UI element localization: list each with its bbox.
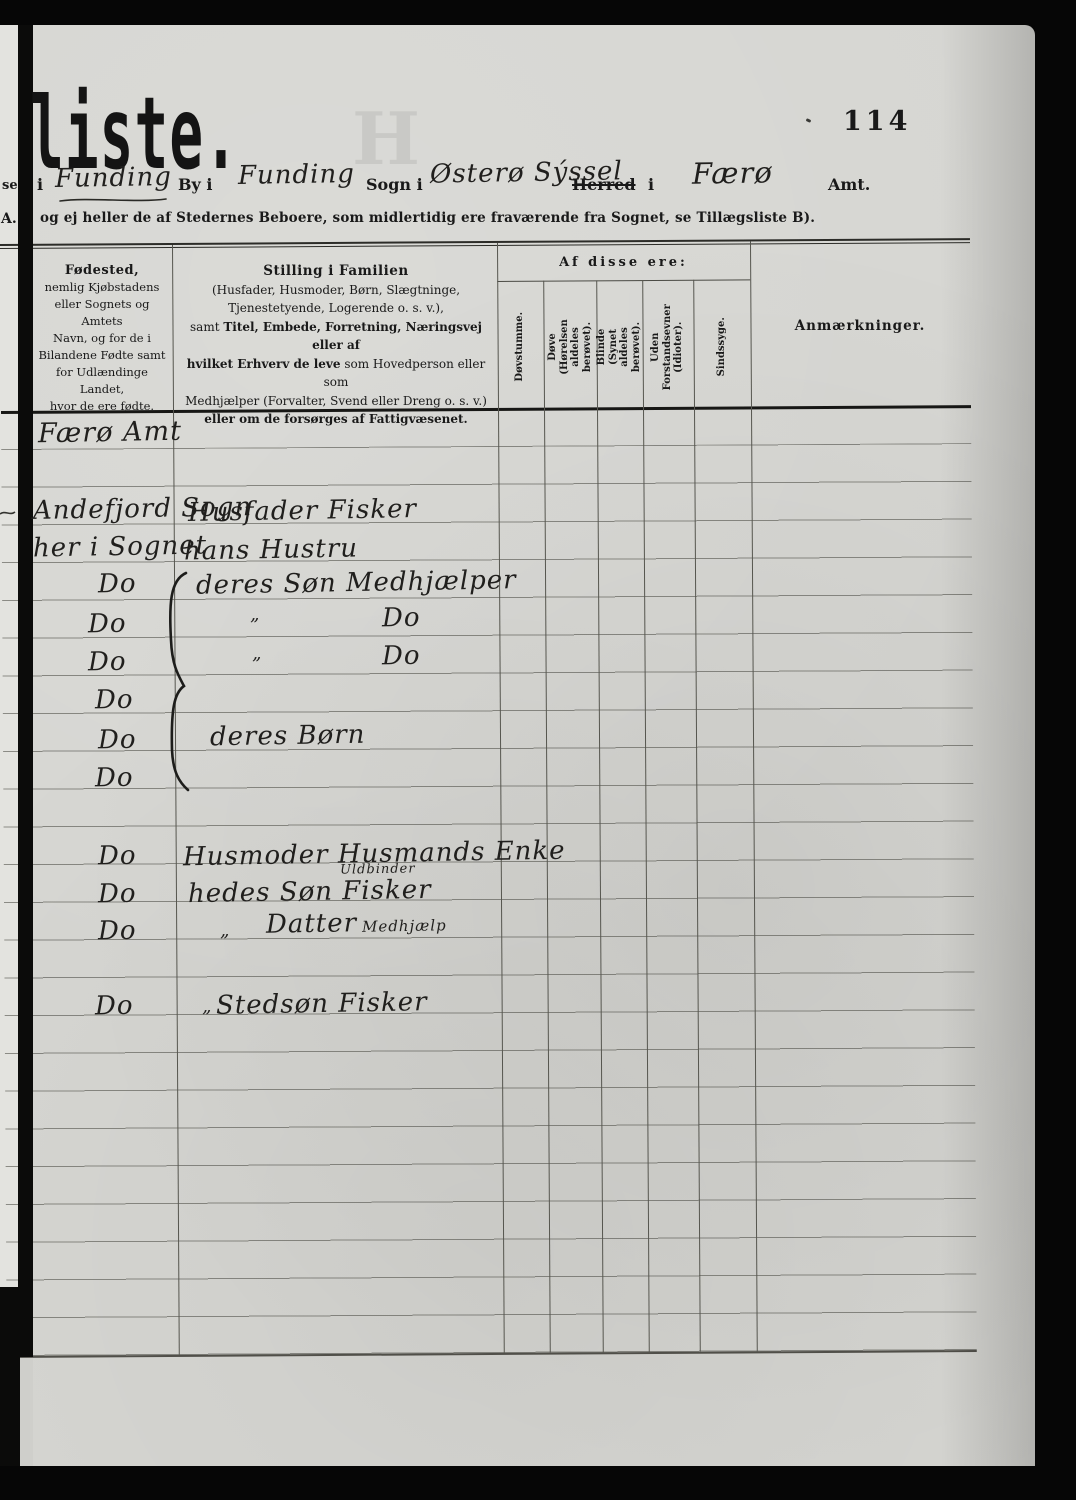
handwritten-position: Do	[382, 641, 421, 672]
handwritten-position: Do	[382, 603, 421, 634]
label-by-i: By i	[178, 175, 212, 194]
handwritten-position: hedes Søn Fisker	[188, 875, 432, 909]
handwritten-amt-heading: Færø Amt	[38, 416, 183, 450]
ditto-mark: „	[252, 643, 263, 664]
header-col-sindssyge-label: Sindssyge.	[716, 317, 728, 376]
header-family-l3b: Titel, Embede, Forretning, Næringsvej el…	[223, 320, 482, 353]
header-family-line: (Husfader, Husmoder, Børn, Slægtninge,	[180, 281, 492, 300]
header-col-dovstumme: Døvstumme.	[497, 286, 543, 408]
handwritten-position: deres Søn Medhjælper	[196, 565, 517, 601]
handwritten-birthplace: her i Sognet	[33, 530, 208, 563]
header-col-idioter: Uden Forstandsevner (Idioter).	[642, 286, 693, 408]
label-amt: Amt.	[828, 175, 870, 194]
handwritten-note: Medhjælp	[362, 916, 447, 935]
handwritten-birthplace: Do	[98, 725, 137, 756]
header-birthplace-line: for Udlændinge Landet,	[34, 364, 170, 398]
handwritten-position: hans Hustru	[184, 533, 358, 566]
header-family: Stilling i Familien (Husfader, Husmoder,…	[180, 262, 492, 429]
header-col-dovstumme-label: Døvstumme.	[514, 312, 526, 382]
header-family-line: Tjenestetyende, Logerende o. s. v.),	[180, 299, 492, 318]
header-birthplace-title: Fødested,	[34, 262, 170, 279]
header-remarks: Anmærkninger.	[750, 318, 970, 334]
handwritten-brace	[152, 560, 200, 800]
page-number: 114	[843, 106, 911, 137]
label-sogn-i: Sogn i	[366, 175, 423, 194]
handwritten-birthplace: Do	[88, 647, 127, 678]
header-col-dove-label: Døve (Hørelsen aldeles berøvet).	[547, 319, 593, 375]
header-col-blinde: Blinde (Synet aldeles berøvet).	[596, 286, 642, 408]
header-birthplace-line: nemlig Kjøbstadens	[34, 279, 170, 296]
margin-fragment-a: A.	[1, 211, 17, 227]
label-herred-struck: Herred	[572, 175, 636, 194]
scan-shadow-bottom-left	[0, 1287, 20, 1466]
handwritten-birthplace: Do	[98, 569, 137, 600]
header-family-l4b: som Hovedperson eller som	[324, 357, 486, 390]
margin-fragment-se: se	[2, 178, 18, 193]
header-birthplace-line: hvor de ere fødte.	[34, 398, 170, 415]
ditto-mark: „	[220, 920, 231, 941]
handwritten-birthplace: Do	[98, 841, 137, 872]
handwritten-birthplace: Do	[95, 763, 134, 794]
header-family-line: samt Titel, Embede, Forretning, Næringsv…	[180, 318, 492, 355]
handwritten-position: deres Børn	[210, 720, 366, 753]
handwritten-birthplace: Do	[98, 916, 137, 947]
header-col-sindssyge: Sindssyge.	[693, 286, 750, 408]
header-birthplace-line: Navn, og for de i	[34, 330, 170, 347]
label-i-1: i	[37, 175, 43, 194]
header-family-title: Stilling i Familien	[180, 262, 492, 281]
handwritten-position: Husfader Fisker	[188, 494, 417, 528]
handwritten-place-sogn: Funding	[238, 159, 355, 191]
handwritten-place-by: Funding	[55, 162, 172, 194]
handwritten-birthplace: Do	[88, 609, 127, 640]
header-family-line: hvilket Erhverv de leve som Hovedperson …	[180, 355, 492, 392]
note-tillaegsliste: og ej heller de af Stedernes Beboere, so…	[40, 210, 815, 226]
handwritten-birthplace: Do	[95, 685, 134, 716]
header-col-idioter-label: Uden Forstandsevner (Idioter).	[650, 304, 685, 390]
header-col-blinde-label: Blinde (Synet aldeles berøvet).	[596, 322, 642, 372]
header-family-l3a: samt	[190, 320, 223, 334]
underline-flourish	[58, 196, 168, 204]
ditto-mark: „	[202, 996, 213, 1017]
header-col-dove: Døve (Hørelsen aldeles berøvet).	[543, 286, 596, 408]
handwritten-birthplace: Do	[95, 991, 134, 1022]
header-family-l4a: hvilket Erhverv de leve	[187, 357, 341, 371]
ink-bleed-ghost: H	[352, 96, 420, 181]
handwritten-position: Stedsøn Fisker	[216, 987, 428, 1021]
ditto-mark: „	[250, 604, 261, 625]
handwritten-position: Datter	[266, 908, 358, 940]
book-binding-bar	[18, 25, 33, 1357]
margin-squiggle	[0, 508, 16, 518]
handwritten-amt: Færø	[692, 155, 773, 190]
header-birthplace: Fødested, nemlig Kjøbstadens eller Sogne…	[34, 262, 170, 415]
header-birthplace-line: eller Sognets og Amtets	[34, 296, 170, 330]
handwritten-birthplace: Do	[98, 879, 137, 910]
header-family-line: Medhjælper (Forvalter, Svend eller Dreng…	[180, 392, 492, 411]
af-disse-subrule	[497, 279, 750, 282]
header-af-disse-ere: Af disse ere:	[497, 255, 750, 270]
header-birthplace-line: Bilandene Fødte samt	[34, 347, 170, 364]
label-i-2: i	[648, 175, 654, 194]
census-scan-page: liste. H 114 se A. i Funding By i Fundin…	[0, 0, 1076, 1500]
header-family-line: eller om de forsørges af Fattigvæsenet.	[180, 410, 492, 429]
